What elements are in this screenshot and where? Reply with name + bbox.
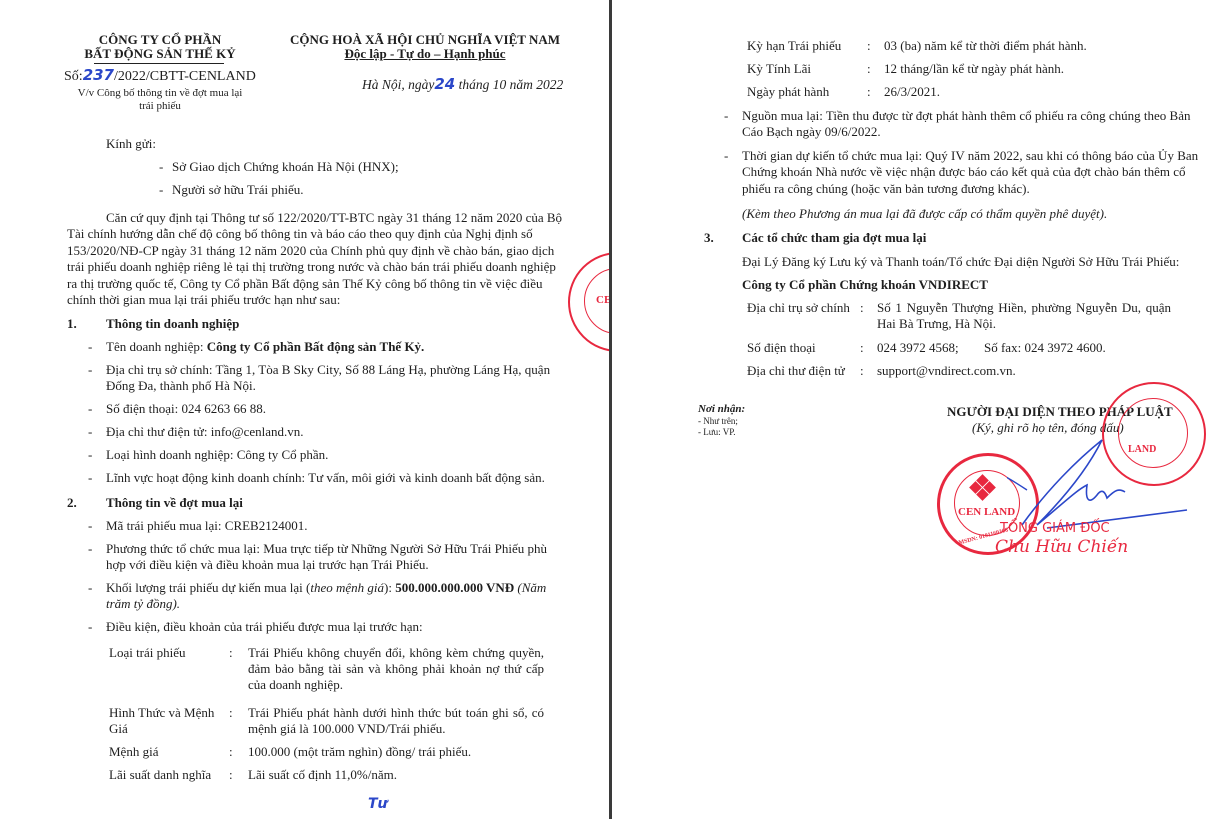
agent-phone: 024 3972 4568;	[877, 340, 959, 356]
business-field-item: Lĩnh vực hoạt động kinh doanh chính: Tư …	[106, 470, 545, 486]
term-label: Kỳ hạn Trái phiếu	[747, 38, 841, 54]
dash: -	[88, 518, 92, 534]
timing-item-line2: Chứng khoán Nhà nước về việc nhận được b…	[742, 164, 1186, 180]
agent-fax: Số fax: 024 3972 4600.	[984, 340, 1106, 356]
document-number: Số:237/2022/CBTT-CENLAND	[64, 66, 256, 85]
recipient-item: - Như trên;	[698, 416, 738, 426]
term-value: 100.000 (một trăm nghìn) đồng/ trái phiế…	[248, 744, 544, 760]
intro-line: 153/2020/NĐ-CP ngày 31 tháng 12 năm 2020…	[67, 243, 554, 259]
company-name-item: Tên doanh nghiệp: Công ty Cổ phần Bất độ…	[106, 339, 424, 355]
intro-line: trái phiếu doanh nghiệp riêng lẻ tại thị…	[67, 259, 556, 275]
term-label: Loại trái phiếu	[109, 645, 186, 661]
intro-line: ra thị trường quốc tế, Công ty Cổ phần B…	[67, 276, 542, 292]
section2-title: Thông tin về đợt mua lại	[106, 495, 243, 511]
email-item: Địa chỉ thư điện tử: info@cenland.vn.	[106, 424, 304, 440]
dash: -	[159, 182, 163, 198]
dash: -	[88, 580, 92, 596]
header-left-rule	[94, 63, 224, 64]
terms-intro: Điều kiện, điều khoản của trái phiếu đượ…	[106, 619, 423, 635]
salutation: Kính gửi:	[106, 136, 156, 152]
section1-number: 1.	[67, 316, 77, 332]
term-label: Lãi suất danh nghĩa	[109, 767, 211, 783]
subject-line2: trái phiếu	[60, 100, 260, 112]
term-value: 26/3/2021.	[884, 84, 1204, 100]
document-page-left: CÔNG TY CỔ PHẦN BẤT ĐỘNG SẢN THẾ KỶ Số:2…	[0, 0, 610, 819]
term-colon: :	[860, 340, 864, 356]
handwritten-initials: Tư	[368, 796, 388, 812]
agent-intro: Đại Lý Đăng ký Lưu ký và Thanh toán/Tổ c…	[742, 254, 1179, 270]
term-colon: :	[860, 300, 864, 316]
method-item: Phương thức tổ chức mua lại: Mua trực ti…	[106, 541, 547, 557]
term-colon: :	[867, 38, 871, 54]
dash: -	[88, 447, 92, 463]
term-value: 12 tháng/lần kể từ ngày phát hành.	[884, 61, 1204, 77]
method-item-line2: hợp với điều kiện và điều khoản mua lại …	[106, 557, 429, 573]
dash: -	[159, 159, 163, 175]
dash: -	[88, 541, 92, 557]
term-colon: :	[867, 61, 871, 77]
timing-item: Thời gian dự kiến tổ chức mua lại: Quý I…	[742, 148, 1198, 164]
timing-item-line3: phiếu ra công chúng (hoặc văn bản tương …	[742, 181, 1030, 197]
volume-item: Khối lượng trái phiếu dự kiến mua lại (t…	[106, 580, 546, 596]
agent-name: Công ty Cổ phần Chứng khoán VNDIRECT	[742, 277, 988, 293]
subject-line1: V/v Công bố thông tin về đợt mua lại	[60, 87, 260, 99]
section3-number: 3.	[704, 230, 714, 246]
agent-detail-label: Địa chỉ thư điện tử	[747, 363, 845, 379]
business-type-item: Loại hình doanh nghiệp: Công ty Cổ phần.	[106, 447, 328, 463]
section1-title: Thông tin doanh nghiệp	[106, 316, 239, 332]
agent-detail-label: Địa chỉ trụ sở chính	[747, 300, 850, 316]
recipient-bondholders: Người sở hữu Trái phiếu.	[172, 182, 304, 198]
agent-detail-label: Số điện thoại	[747, 340, 816, 356]
term-value: Trái Phiếu không chuyển đổi, không kèm c…	[248, 645, 544, 693]
recipient-hnx: Sở Giao dịch Chứng khoán Hà Nội (HNX);	[172, 159, 399, 175]
term-colon: :	[229, 767, 233, 783]
signatory-name: Chu Hữu Chiến	[995, 537, 1128, 557]
term-label: Ngày phát hành	[747, 84, 829, 100]
dash: -	[88, 401, 92, 417]
intro-line: chính thời gian mua lại trái phiếu trước…	[67, 292, 340, 308]
dash: -	[88, 424, 92, 440]
handwritten-doc-number: 237	[83, 66, 114, 84]
attachment-note: (Kèm theo Phương án mua lại đã được cấp …	[742, 206, 1107, 222]
term-label: Kỳ Tính Lãi	[747, 61, 811, 77]
term-colon: :	[229, 705, 233, 721]
dash: -	[88, 339, 92, 355]
term-value: Trái Phiếu phát hành dưới hình thức bút …	[248, 705, 544, 737]
term-colon: :	[860, 363, 864, 379]
term-value: Lãi suất cố định 11,0%/năm.	[248, 767, 544, 783]
term-label: Hình Thức và Mệnh Giá	[109, 705, 234, 737]
national-motto: Độc lập - Tự do – Hạnh phúc	[280, 46, 570, 62]
section2-number: 2.	[67, 495, 77, 511]
dash: -	[88, 619, 92, 635]
term-label: Mệnh giá	[109, 744, 158, 760]
handwritten-day: 24	[434, 75, 455, 93]
section3-title: Các tổ chức tham gia đợt mua lại	[742, 230, 926, 246]
document-date: Hà Nội, ngày24 tháng 10 năm 2022	[362, 75, 563, 93]
term-colon: :	[229, 645, 233, 661]
agent-address: Số 1 Nguyễn Thượng Hiền, phường Nguyễn D…	[877, 300, 1171, 332]
intro-line: Căn cứ quy định tại Thông tư số 122/2020…	[106, 210, 562, 226]
source-item: Nguồn mua lại: Tiền thu được từ đợt phát…	[742, 108, 1190, 124]
term-colon: :	[867, 84, 871, 100]
term-value: 03 (ba) năm kể từ thời điểm phát hành.	[884, 38, 1204, 54]
agent-email: support@vndirect.com.vn.	[877, 363, 1016, 379]
volume-item-line2: trăm tỷ đồng).	[106, 596, 180, 612]
dash: -	[724, 108, 728, 124]
dash: -	[88, 470, 92, 486]
address-item: Địa chỉ trụ sở chính: Tầng 1, Tòa B Sky …	[106, 362, 550, 378]
document-page-right: Kỳ hạn Trái phiếu : 03 (ba) năm kể từ th…	[612, 0, 1227, 819]
signatory-position: TỔNG GIÁM ĐỐC	[1000, 521, 1110, 536]
recipient-item: - Lưu: VP.	[698, 427, 735, 437]
dash: -	[88, 362, 92, 378]
phone-item: Số điện thoại: 024 6263 66 88.	[106, 401, 266, 417]
dash: -	[724, 148, 728, 164]
address-item-line2: Đống Đa, thành phố Hà Nội.	[106, 378, 256, 394]
intro-line: Tài chính hướng dẫn chế độ công bố thông…	[67, 226, 533, 242]
recipients-title: Nơi nhận:	[698, 403, 745, 415]
bond-code-item: Mã trái phiếu mua lại: CREB2124001.	[106, 518, 307, 534]
term-colon: :	[229, 744, 233, 760]
company-name-line2: BẤT ĐỘNG SẢN THẾ KỶ	[60, 46, 260, 62]
source-item-line2: Cáo Bạch ngày 09/6/2022.	[742, 124, 881, 140]
